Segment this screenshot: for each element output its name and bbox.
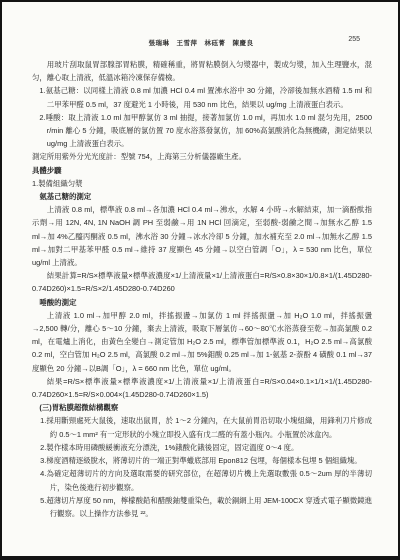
text-block: 1.製備組織匀漿: [32, 177, 372, 190]
text-block: 4.為確定超薄切片的方向及選取需要的研究部位，在超薄切片機上先選取數張 0.5～…: [32, 467, 372, 493]
text-block: 唾酸的測定: [32, 296, 372, 309]
text-block: 結果=R/S×標準液量×標準液濃度×1/上清液量×1/上清液蛋白=R/S×0.0…: [32, 375, 372, 401]
text-block: 用玻片刮取鼠胃部腺部胃粘膜，精確稱重，將胃粘膜倒入匀漿器中，製成匀漿，加入生理鹽…: [32, 58, 372, 84]
text-block: 上清液 1.0 ml→加甲醇 2.0 ml，拌搖振盪→加氯仿 1 ml 拌搖振盪…: [32, 309, 372, 375]
text-block: 3.梯度酒精逐級脫水，將薄切片的一端正對準蠟底部用 Epon812 包埋，每個樣…: [32, 454, 372, 467]
text-block: 具體步驟: [32, 164, 372, 177]
text-block: 5.超薄切片厚度 50 nm，檸檬酸鉛和醋酸鈾雙重染色，載於銅網上用 JEM-1…: [32, 494, 372, 520]
text-block: (三)胃粘膜超微結構觀察: [32, 401, 372, 414]
document-body: 用玻片刮取鼠胃部腺部胃粘膜，精確稱重，將胃粘膜倒入匀漿器中，製成匀漿，加入生理鹽…: [32, 58, 372, 520]
text-block: 結果計算=R/S×標準液量×標準液濃度×1/上清液量×1/上清液蛋白=R/S×0…: [32, 269, 372, 295]
text-block: 2.製作樣本時用磷酸緩衝液充分漂洗，1%鋨酸化鋨後固定，固定溫度 0～4 度。: [32, 441, 372, 454]
text-block: 1.氨基己糖：以同樣上清液 0.8 ml 加濃 HCl 0.4 ml 置沸水浴中…: [32, 84, 372, 110]
running-head-authors: 張瑞琳 王雪萍 林砡菁 陳慶良: [32, 38, 370, 47]
text-block: 氨基己糖的測定: [32, 190, 372, 203]
text-block: 2.唾酸：取上清液 1.0 ml 加甲醇氯仿 3 ml 抽提，接著加氯仿 1.0…: [32, 111, 372, 151]
page-number: 255: [348, 36, 360, 43]
running-head: 張瑞琳 王雪萍 林砡菁 陳慶良 255: [32, 38, 370, 50]
scanned-page: 張瑞琳 王雪萍 林砡菁 陳慶良 255 用玻片刮取鼠胃部腺部胃粘膜，精確稱重，將…: [0, 0, 400, 560]
text-block: 上清液 0.8 ml，標準液 0.8 ml→各加濃 HCl 0.4 ml→沸水，…: [32, 203, 372, 269]
text-block: 1.採用斷頸處死大鼠後，速取出鼠胃，於 1～2 分鐘內，在大鼠前胃沿切取小塊組織…: [32, 414, 372, 440]
text-block: 測定所用紫外分光光度計：型號 754，上海第三分析儀器廠生產。: [32, 150, 372, 163]
